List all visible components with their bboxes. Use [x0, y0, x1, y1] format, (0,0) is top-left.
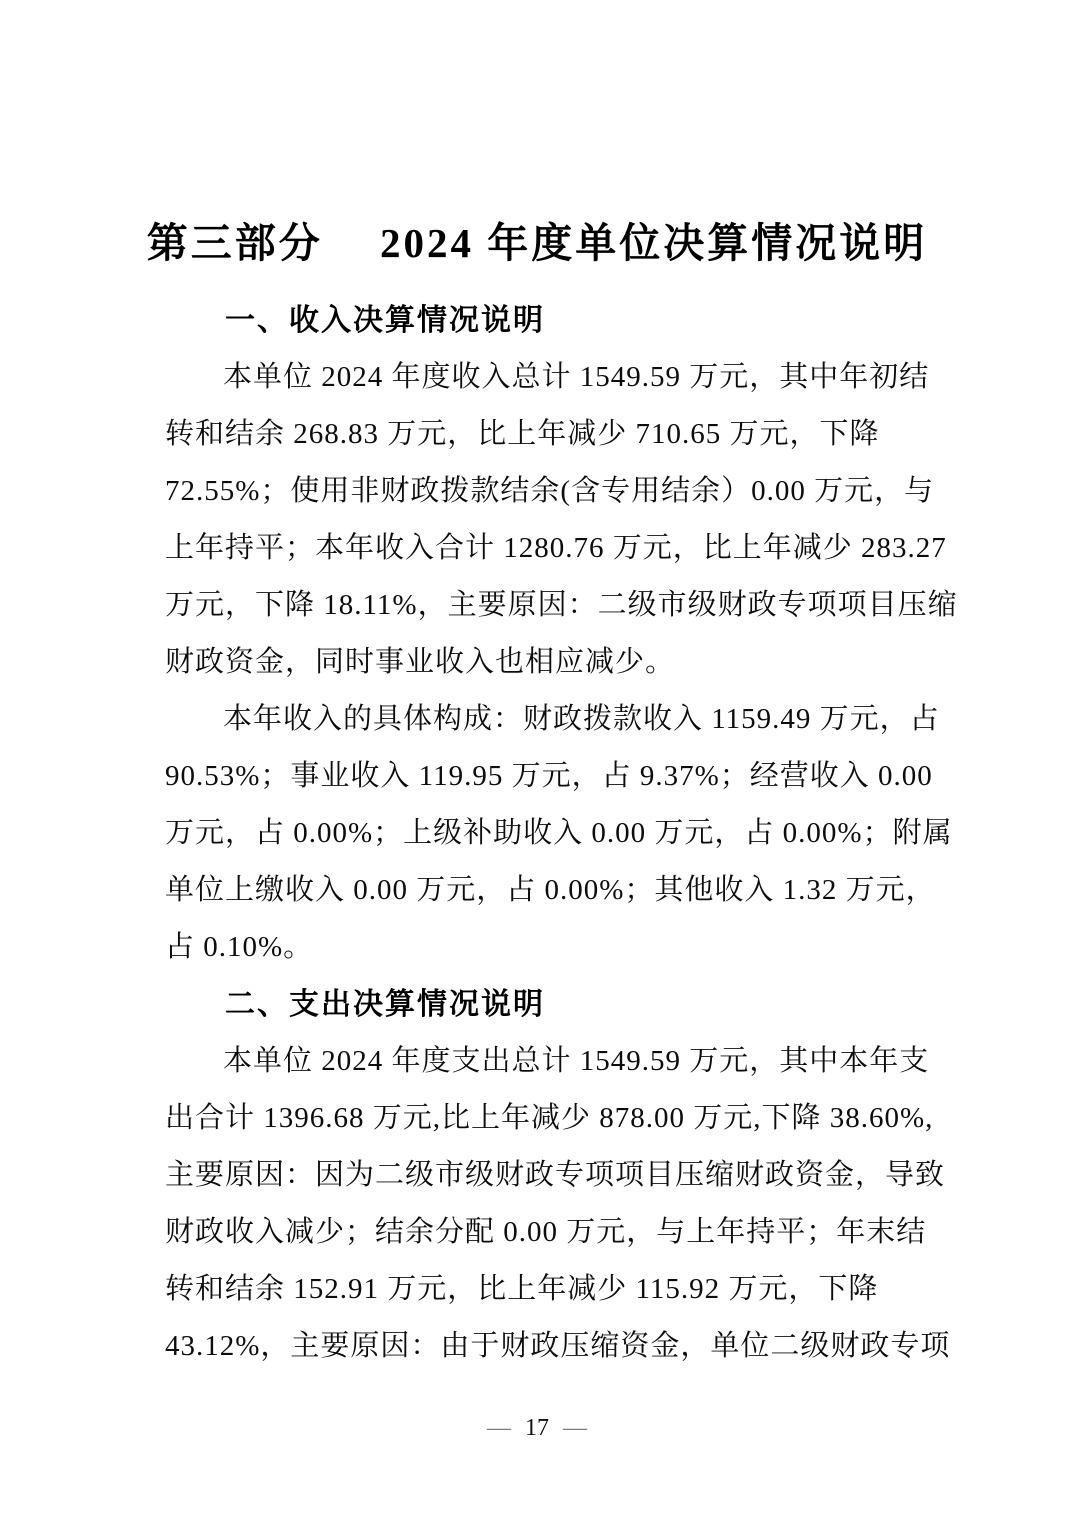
body-line: 本年收入的具体构成：财政拨款收入 1159.49 万元，占 — [165, 691, 925, 748]
page-footer: —17— — [0, 1412, 1074, 1444]
paragraph-income-composition: 本年收入的具体构成：财政拨款收入 1159.49 万元，占 90.53%；事业收… — [165, 691, 925, 976]
body-line: 72.55%；使用非财政拨款结余(含专用结余）0.00 万元，与 — [165, 463, 925, 520]
footer-right-dash: — — [563, 1415, 587, 1441]
document-title: 第三部分 2024 年度单位决算情况说明 — [0, 217, 1074, 269]
body-line: 财政资金，同时事业收入也相应减少。 — [165, 634, 925, 691]
document-page: 第三部分 2024 年度单位决算情况说明 一、收入决算情况说明 本单位 2024… — [0, 0, 1074, 1520]
body-line: 转和结余 152.91 万元，比上年减少 115.92 万元，下降 — [165, 1261, 925, 1318]
section-heading-income: 一、收入决算情况说明 — [165, 292, 925, 349]
body-line: 出合计 1396.68 万元,比上年减少 878.00 万元,下降 38.60%… — [165, 1090, 925, 1147]
body-line: 单位上缴收入 0.00 万元，占 0.00%；其他收入 1.32 万元， — [165, 862, 925, 919]
page-number: 17 — [525, 1415, 549, 1441]
paragraph-income-summary: 本单位 2024 年度收入总计 1549.59 万元，其中年初结 转和结余 26… — [165, 349, 925, 691]
body-line: 本单位 2024 年度收入总计 1549.59 万元，其中年初结 — [165, 349, 925, 406]
body-line: 财政收入减少；结余分配 0.00 万元，与上年持平；年末结 — [165, 1204, 925, 1261]
body-line: 万元，占 0.00%；上级补助收入 0.00 万元，占 0.00%；附属 — [165, 805, 925, 862]
document-body: 一、收入决算情况说明 本单位 2024 年度收入总计 1549.59 万元，其中… — [165, 292, 925, 1375]
body-line: 万元，下降 18.11%，主要原因：二级市级财政专项项目压缩 — [165, 577, 925, 634]
footer-left-dash: — — [487, 1415, 511, 1441]
paragraph-expenditure-summary: 本单位 2024 年度支出总计 1549.59 万元，其中本年支 出合计 139… — [165, 1033, 925, 1375]
body-line: 90.53%；事业收入 119.95 万元，占 9.37%；经营收入 0.00 — [165, 748, 925, 805]
body-line: 43.12%，主要原因：由于财政压缩资金，单位二级财政专项 — [165, 1318, 925, 1375]
body-line: 本单位 2024 年度支出总计 1549.59 万元，其中本年支 — [165, 1033, 925, 1090]
body-line: 主要原因：因为二级市级财政专项项目压缩财政资金，导致 — [165, 1147, 925, 1204]
section-heading-expenditure: 二、支出决算情况说明 — [165, 976, 925, 1033]
body-line: 上年持平；本年收入合计 1280.76 万元，比上年减少 283.27 — [165, 520, 925, 577]
body-line: 转和结余 268.83 万元，比上年减少 710.65 万元，下降 — [165, 406, 925, 463]
body-line: 占 0.10%。 — [165, 919, 925, 976]
